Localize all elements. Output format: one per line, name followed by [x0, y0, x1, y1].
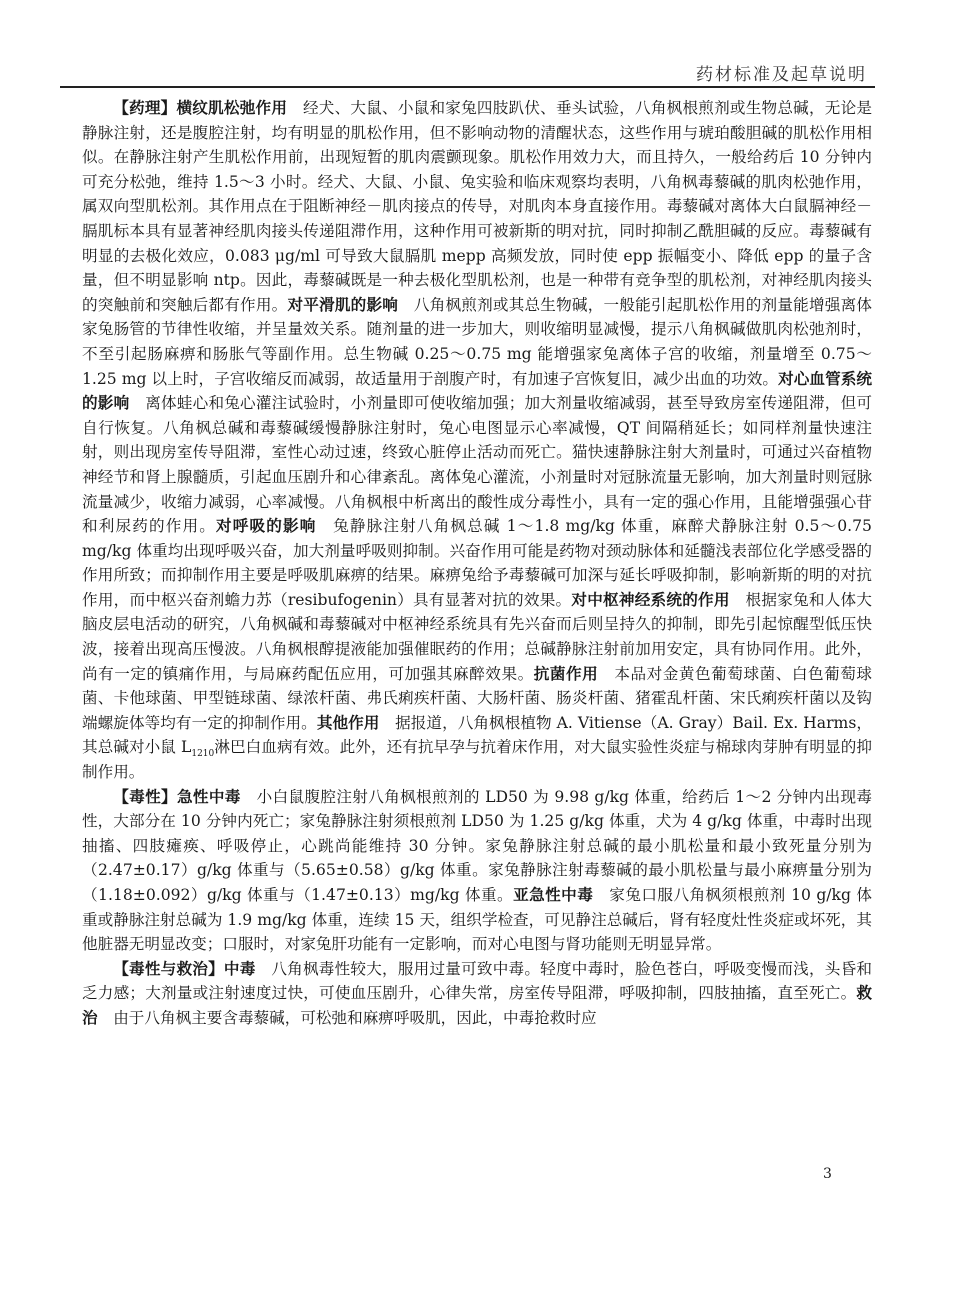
section-heading: 其他作用	[317, 713, 380, 732]
body-text: 由于八角枫主要含毒藜碱，可松弛和麻痹呼吸肌，因此，中毒抢救时应	[98, 1009, 597, 1027]
section-heading: 对平滑肌的影响	[287, 295, 398, 314]
paragraph-poisoning-treatment: 【毒性与救治】中毒 八角枫毒性较大，服用过量可致中毒。轻度中毒时，脸色苍白，呼吸…	[82, 957, 872, 1031]
body-text: 离体蛙心和兔心灌注试验时，小剂量即可使收缩加强；加大剂量收缩减弱，甚至导致房室传…	[82, 394, 872, 535]
section-heading: 【毒性与救治】中毒	[113, 959, 255, 978]
section-heading: 亚急性中毒	[513, 885, 593, 904]
section-heading: 对呼吸的影响	[216, 516, 316, 535]
body-text: 经犬、大鼠、小鼠和家兔四肢趴伏、垂头试验，八角枫根煎剂或生物总碱，无论是静脉注射…	[82, 99, 872, 314]
running-header: 药材标准及起草说明	[60, 58, 875, 88]
section-heading: 【毒性】急性中毒	[113, 787, 241, 806]
page-number: 3	[823, 1166, 832, 1182]
section-heading: 【药理】横纹肌松弛作用	[113, 98, 287, 117]
section-heading: 抗菌作用	[534, 664, 599, 683]
paragraph-pharmacology: 【药理】横纹肌松弛作用 经犬、大鼠、小鼠和家兔四肢趴伏、垂头试验，八角枫根煎剂或…	[82, 96, 872, 785]
section-heading: 对中枢神经系统的作用	[571, 590, 729, 609]
body-text: 1210	[191, 750, 214, 760]
document-body: 【药理】横纹肌松弛作用 经犬、大鼠、小鼠和家兔四肢趴伏、垂头试验，八角枫根煎剂或…	[82, 96, 872, 1031]
header-title: 药材标准及起草说明	[696, 60, 867, 85]
paragraph-toxicity: 【毒性】急性中毒 小白鼠腹腔注射八角枫根煎剂的 LD50 为 9.98 g/kg…	[82, 785, 872, 957]
